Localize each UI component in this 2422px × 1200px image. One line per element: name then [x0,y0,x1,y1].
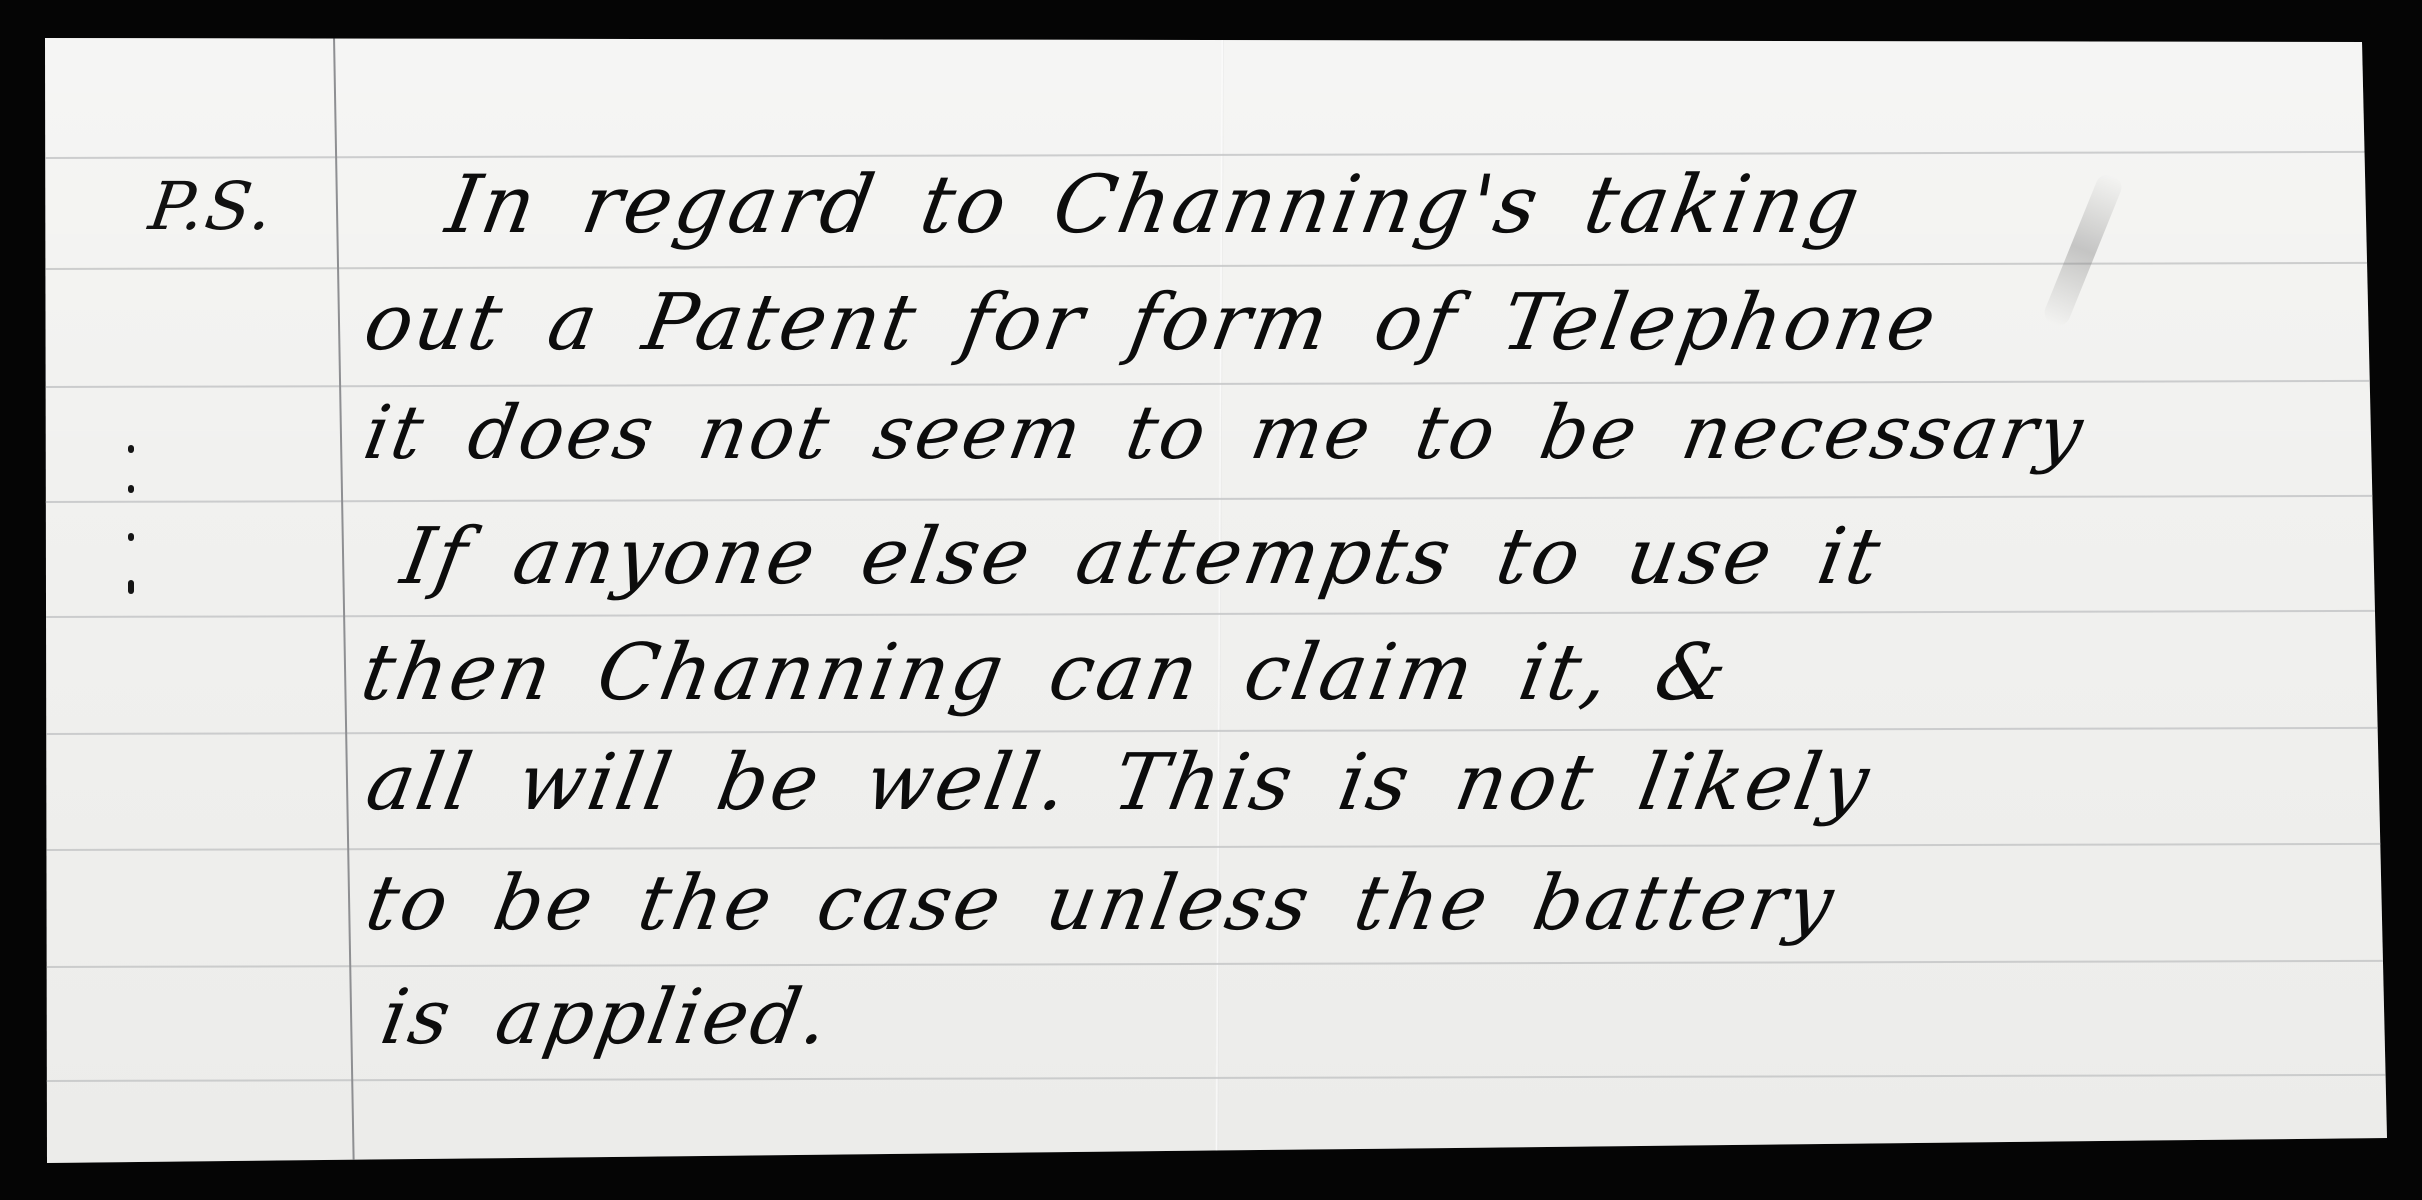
handwritten-line-1: In regard to Channing's taking [440,158,1869,251]
handwritten-line-7: to be the case unless the battery [360,858,1843,947]
margin-punch-marks [126,445,138,605]
handwritten-line-5: then Channing can claim it, & [355,628,1737,718]
handwritten-line-2: out a Patent for form of Telephone [358,278,1945,368]
handwritten-line-6: all will be well. This is not likely [360,738,1878,828]
postscript-label: P.S. [145,168,280,245]
handwritten-line-4: If anyone else attempts to use it [395,512,1889,602]
handwritten-line-3: it does not seem to me to be necessary [358,390,2092,476]
handwritten-line-8: is applied. [375,972,838,1061]
